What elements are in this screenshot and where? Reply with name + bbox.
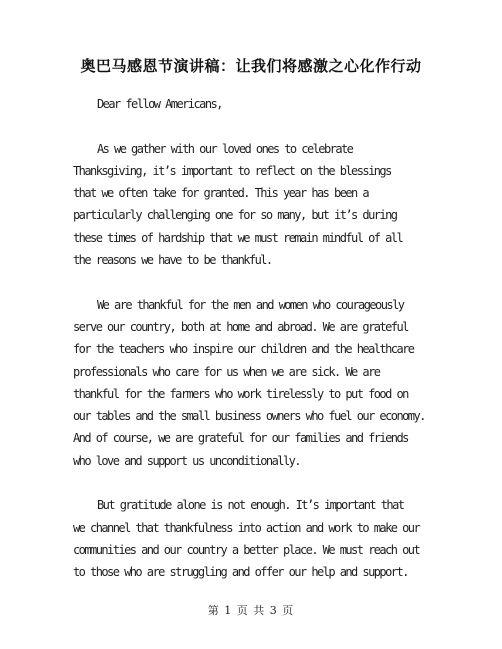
- paragraph-salutation: Dear fellow Americans,: [73, 93, 443, 115]
- text-line: particularly challenging one for so many…: [73, 204, 443, 226]
- text-line: for the teachers who inspire our childre…: [73, 338, 443, 360]
- page-title: 奥巴马感恩节演讲稿：让我们将感激之心化作行动: [0, 55, 502, 77]
- text-line: As we gather with our loved ones to cele…: [73, 138, 443, 160]
- text-line: who love and support us unconditionally.: [73, 450, 443, 472]
- text-line: that we often take for granted. This yea…: [73, 182, 443, 204]
- text-line: thankful for the farmers who work tirele…: [73, 383, 443, 405]
- document-page: 奥巴马感恩节演讲稿：让我们将感激之心化作行动 Dear fellow Ameri…: [0, 0, 502, 649]
- paragraph-2: We are thankful for the men and women wh…: [73, 294, 443, 472]
- paragraph-1: As we gather with our loved ones to cele…: [73, 138, 443, 272]
- text-line: we channel that thankfulness into action…: [73, 517, 443, 539]
- text-line: serve our country, both at home and abro…: [73, 316, 443, 338]
- text-line: the reasons we have to be thankful.: [73, 249, 443, 271]
- text-line: And of course, we are grateful for our f…: [73, 427, 443, 449]
- text-line: Dear fellow Americans,: [73, 93, 443, 115]
- text-line: to those who are struggling and offer ou…: [73, 561, 443, 583]
- text-line: But gratitude alone is not enough. It’s …: [73, 494, 443, 516]
- text-line: professionals who care for us when we ar…: [73, 361, 443, 383]
- page-number: 第 1 页 共 3 页: [0, 603, 502, 619]
- text-line: these times of hardship that we must rem…: [73, 227, 443, 249]
- text-line: Thanksgiving, it’s important to reflect …: [73, 160, 443, 182]
- text-line: communities and our country a better pla…: [73, 539, 443, 561]
- text-line: our tables and the small business owners…: [73, 405, 443, 427]
- paragraph-3: But gratitude alone is not enough. It’s …: [73, 494, 443, 583]
- text-line: We are thankful for the men and women wh…: [73, 294, 443, 316]
- document-body: Dear fellow Americans, As we gather with…: [73, 93, 443, 584]
